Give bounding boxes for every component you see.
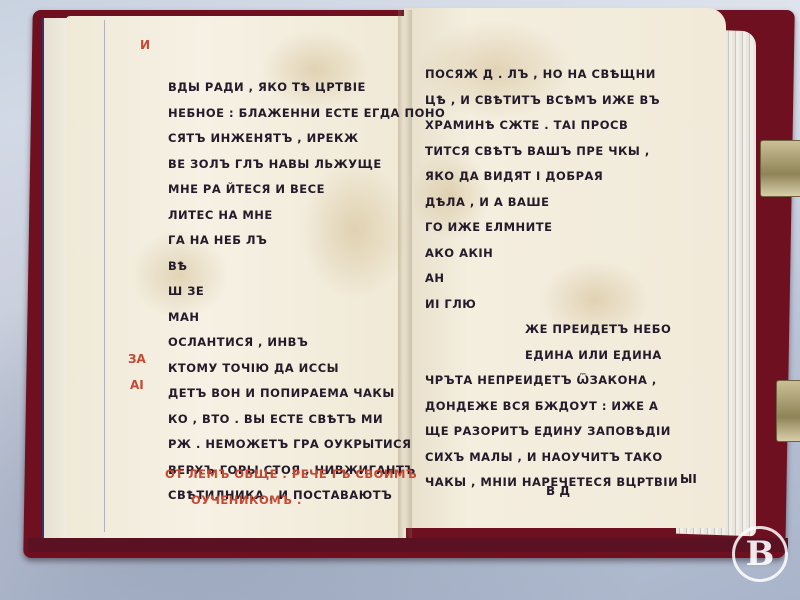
left-page-text: ВДЫ РАДИ , ЯКО ТѢ ЦРТВІЕ НЕБНОЕ : БЛАЖЕН… [168, 75, 445, 509]
text-line: КТОМУ ТОЧІЮ ДА ИССЫ [168, 356, 445, 382]
right-page-text: ПОСЯЖ Д . ЛЪ , НО НА СВѢЩНИ ЦѢ , И СВѢТИ… [425, 62, 678, 496]
margin-rule [104, 20, 105, 532]
text-line: ГО ИЖЕ ЕЛМНИТЕ [425, 215, 678, 241]
text-line: ТИТСЯ СВѢТЪ ВАШЪ ПРЕ ЧКЫ , [425, 139, 678, 165]
text-line: КО , ВТО . ВЫ ЕСТЕ СВѢТЪ МИ [168, 407, 445, 433]
text-line: ДОНДЕЖЕ ВСЯ БЖДОУТ : ИЖЕ А [425, 394, 678, 420]
text-line: ДЕТЪ ВОН И ПОПИРАЕМА ЧАКЫ [168, 381, 445, 407]
text-line: НЕБНОЕ : БЛАЖЕННИ ЕСТЕ ЕГДА ПОНО [168, 101, 445, 127]
text-line: Ш ЗЕ [168, 279, 445, 305]
text-line: МАН [168, 305, 445, 331]
text-line: ВДЫ РАДИ , ЯКО ТѢ ЦРТВІЕ [168, 75, 445, 101]
text-line: ХРАМИНѢ СЖТЕ . ТАІ ПРОСВ [425, 113, 678, 139]
text-line: СЯТЪ ИНЖЕНЯТЪ , ИРЕКЖ [168, 126, 445, 152]
text-line: АКО АКІН [425, 241, 678, 267]
text-line: МНЕ РА ЙТЕСЯ И ВЕСЕ [168, 177, 445, 203]
text-line: ДѢЛА , И А ВАШЕ [425, 190, 678, 216]
upper-clasp [760, 140, 800, 197]
text-line: ЧРЪТА НЕПРЕИДЕТЪ ѾЗАКОНА , [425, 368, 678, 394]
rubric-line: ОТ ЛЕМЪ ОБЩЕ . РЕЧЕ ГЪ СВОИМЪ [165, 462, 417, 488]
text-line: ЛИТЕС НА МНЕ [168, 203, 445, 229]
text-line: АН [425, 266, 678, 292]
text-line: ВѢ [168, 254, 445, 280]
text-line: ИІ ГЛЮ [425, 292, 678, 318]
text-line: ЯКО ДА ВИДЯТ І ДОБРАЯ [425, 164, 678, 190]
text-line: ЖЕ ПРЕИДЕТЪ НЕБО [425, 317, 678, 343]
lower-clasp [776, 380, 800, 442]
margin-note: АІ [130, 378, 144, 392]
text-line: ЕДИНА ИЛИ ЕДИНА [425, 343, 678, 369]
watermark-logo: В [732, 526, 788, 582]
text-line: ОСЛАНТИСЯ , ИНВЪ [168, 330, 445, 356]
text-line: ЩЕ РАЗОРИТЪ ЕДИНУ ЗАПОВѢДІИ [425, 419, 678, 445]
text-line: РЖ . НЕМОЖЕТЪ ГРА ОУКРЫТИСЯ [168, 432, 445, 458]
text-line: ЦѢ , И СВѢТИТЪ ВСѢМЪ ИЖЕ ВЪ [425, 88, 678, 114]
rubric-line: ОУЧЕНИКОМЪ . [165, 488, 417, 514]
text-line: ГА НА НЕБ ЛЪ [168, 228, 445, 254]
rubric-text: ОТ ЛЕМЪ ОБЩЕ . РЕЧЕ ГЪ СВОИМЪ ОУЧЕНИКОМЪ… [165, 462, 417, 513]
text-line: ПОСЯЖ Д . ЛЪ , НО НА СВѢЩНИ [425, 62, 678, 88]
folio-marker: И [140, 38, 150, 52]
text-line: ВЕ ЗОЛЪ ГЛЪ НАВЫ ЛЬЖУЩЕ [168, 152, 445, 178]
page-number: В Д [546, 484, 570, 498]
corner-mark: ЫІ [680, 472, 697, 486]
margin-note: ЗА [128, 352, 146, 366]
book-cover-bottom-edge [28, 538, 788, 552]
text-line: СИХЪ МАЛЫ , И НАОУЧИТЪ ТАКО [425, 445, 678, 471]
